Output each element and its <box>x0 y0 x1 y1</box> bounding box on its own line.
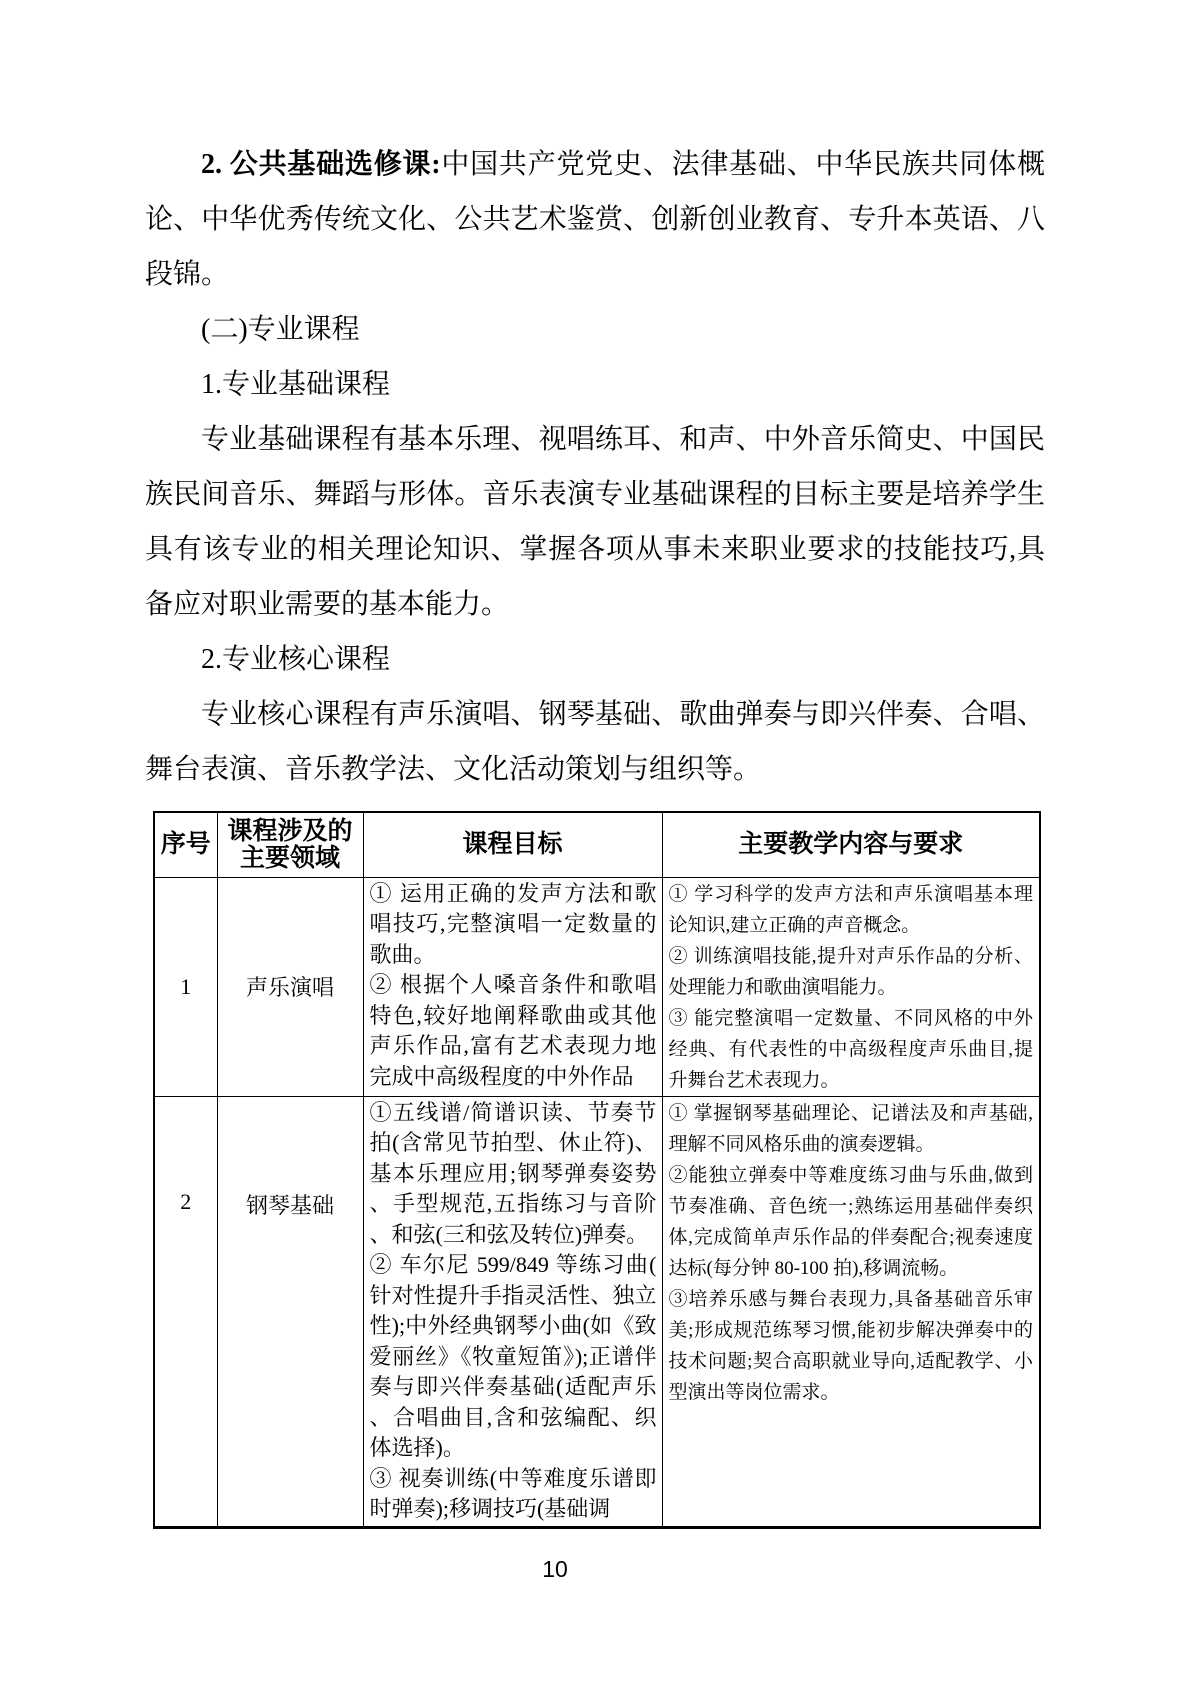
subheading-basic-courses: 1.专业基础课程 <box>145 357 1045 412</box>
document-page: 2. 公共基础选修课:中国共产党党史、法律基础、中华民族共同体概论、中华优秀传统… <box>0 0 1191 1684</box>
row-area: 钢琴基础 <box>217 1096 363 1527</box>
paragraph-core-courses: 专业核心课程有声乐演唱、钢琴基础、歌曲弹奏与即兴伴奏、合唱、舞台表演、音乐教学法… <box>145 687 1045 797</box>
header-content: 主要教学内容与要求 <box>662 812 1040 877</box>
electives-label: 2. 公共基础选修课: <box>201 149 441 180</box>
course-table: 序号 课程涉及的主要领域 课程目标 主要教学内容与要求 1 声乐演唱 ① 运用正… <box>153 811 1041 1529</box>
page-content: 2. 公共基础选修课:中国共产党党史、法律基础、中华民族共同体概论、中华优秀传统… <box>145 0 1045 1529</box>
paragraph-basic-courses: 专业基础课程有基本乐理、视唱练耳、和声、中外音乐简史、中国民族民间音乐、舞蹈与形… <box>145 412 1045 632</box>
row-index: 1 <box>154 877 217 1096</box>
page-number: 10 <box>0 1556 1110 1583</box>
header-goal: 课程目标 <box>363 812 662 877</box>
table-row-vocal: 1 声乐演唱 ① 运用正确的发声方法和歌唱技巧,完整演唱一定数量的歌曲。 ② 根… <box>154 877 1040 1096</box>
header-index: 序号 <box>154 812 217 877</box>
row-goals: ①五线谱/简谱识读、节奏节拍(含常见节拍型、休止符)、基本乐理应用;钢琴弹奏姿势… <box>363 1096 662 1527</box>
header-area: 课程涉及的主要领域 <box>217 812 363 877</box>
table-row-piano: 2 钢琴基础 ①五线谱/简谱识读、节奏节拍(含常见节拍型、休止符)、基本乐理应用… <box>154 1096 1040 1527</box>
row-content: ① 学习科学的发声方法和声乐演唱基本理论知识,建立正确的声音概念。 ② 训练演唱… <box>662 877 1040 1096</box>
subheading-core-courses: 2.专业核心课程 <box>145 632 1045 687</box>
table-header-row: 序号 课程涉及的主要领域 课程目标 主要教学内容与要求 <box>154 812 1040 877</box>
row-goals: ① 运用正确的发声方法和歌唱技巧,完整演唱一定数量的歌曲。 ② 根据个人嗓音条件… <box>363 877 662 1096</box>
paragraph-public-electives: 2. 公共基础选修课:中国共产党党史、法律基础、中华民族共同体概论、中华优秀传统… <box>145 137 1045 302</box>
section-heading-professional-courses: (二)专业课程 <box>145 302 1045 357</box>
row-area: 声乐演唱 <box>217 877 363 1096</box>
row-content: ① 掌握钢琴基础理论、记谱法及和声基础,理解不同风格乐曲的演奏逻辑。 ②能独立弹… <box>662 1096 1040 1527</box>
row-index: 2 <box>154 1096 217 1527</box>
